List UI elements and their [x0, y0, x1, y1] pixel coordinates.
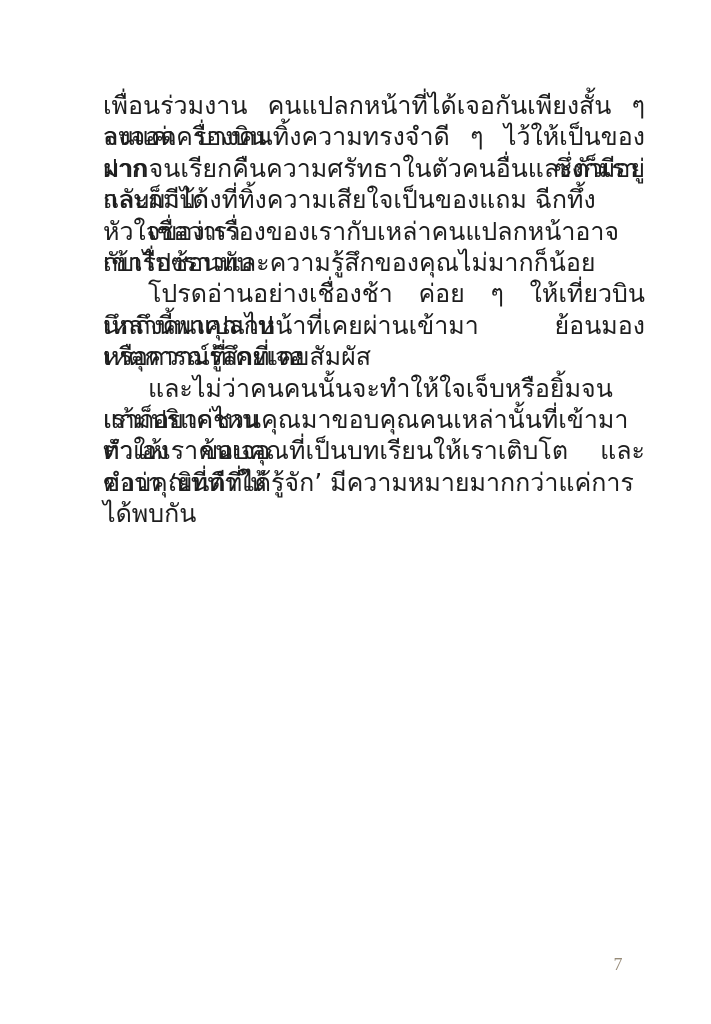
- text-line: นึกถึงคนแปลกหน้าที่เคยผ่านเข้ามา ย้อนมอง…: [103, 310, 645, 341]
- text-line: หรือความรู้สึกที่เคยสัมผัส: [103, 341, 645, 372]
- text-line: และไม่ว่าคนคนนั้นจะทำให้ใจเจ็บหรือยิ้มจน…: [103, 373, 645, 404]
- text-line: ตัวเอง ขอบคุณที่เป็นบทเรียนให้เราเติบโต …: [103, 435, 645, 466]
- paragraph: เชื่อว่าเรื่องของเรากับเหล่าคนแปลกหน้าอา…: [103, 216, 645, 279]
- text-line: คำว่า ‘ยินดีที่ได้รู้จัก’ มีความหมายมากก…: [103, 467, 645, 498]
- text-line: เชื่อว่าเรื่องของเรากับเหล่าคนแปลกหน้าอา…: [103, 216, 645, 247]
- text-line: มากจนเรียกคืนความศรัทธาในตัวคนอื่นและตัว…: [103, 153, 645, 184]
- text-line: เราก็อยากชวนคุณมาขอบคุณคนเหล่านั้นที่เข้…: [103, 404, 645, 435]
- text-line: โปรดอ่านอย่างเชื่องช้า ค่อย ๆ ให้เที่ยวบ…: [103, 278, 645, 309]
- page-number: 7: [598, 952, 638, 976]
- paragraph: และไม่ว่าคนคนนั้นจะทำให้ใจเจ็บหรือยิ้มจน…: [103, 373, 645, 499]
- page-text: เพื่อนร่วมงาน คนแปลกหน้าที่ได้เจอกันเพีย…: [103, 90, 645, 498]
- text-line: กับเรื่องราวและความรู้สึกของคุณไม่มากก็น…: [103, 247, 645, 278]
- paragraph: เพื่อนร่วมงาน คนแปลกหน้าที่ได้เจอกันเพีย…: [103, 90, 645, 216]
- paragraph: โปรดอ่านอย่างเชื่องช้า ค่อย ๆ ให้เที่ยวบ…: [103, 278, 645, 372]
- text-line: ลงจอด บางคนทิ้งความทรงจำดี ๆ ไว้ให้เป็นข…: [103, 121, 645, 152]
- text-line: เพื่อนร่วมงาน คนแปลกหน้าที่ได้เจอกันเพีย…: [103, 90, 645, 121]
- book-page: เพื่อนร่วมงาน คนแปลกหน้าที่ได้เจอกันเพีย…: [0, 0, 711, 1024]
- text-line: และก็มีบ้างที่ทิ้งความเสียใจเป็นของแถม ฉ…: [103, 184, 645, 215]
